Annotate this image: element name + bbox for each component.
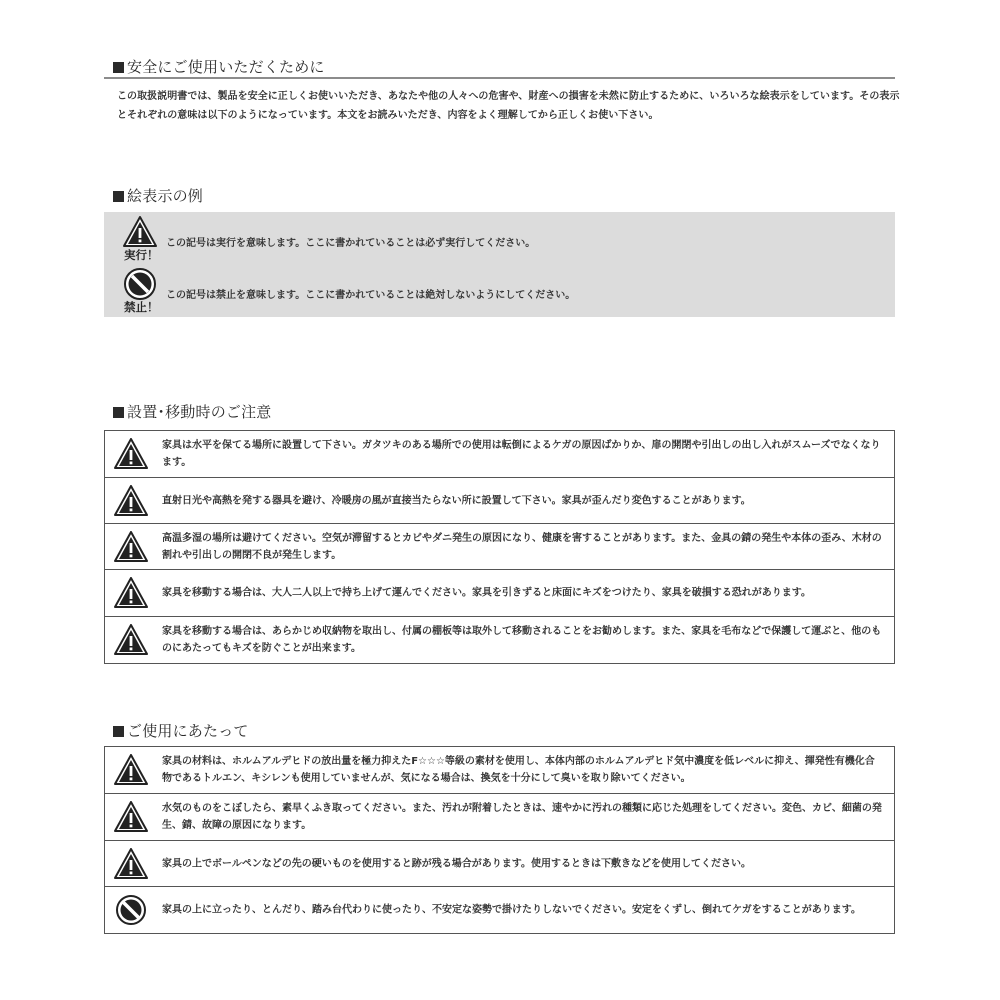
- installation-caution-table: 家具は水平を保てる場所に設置して下さい。ガタツキのある場所での使用は転倒によるケ…: [104, 430, 895, 664]
- warning-triangle-icon: [113, 848, 149, 880]
- section-title-examples: 絵表示の例: [113, 185, 203, 206]
- warning-triangle-icon: [122, 215, 158, 249]
- caution-text: 高温多湿の場所は避けてください。空気が滞留するとカビやダニ発生の原因になり、健康…: [162, 530, 884, 564]
- caution-text: 家具を移動する場合は、大人二人以上で持ち上げて運んでください。家具を引きずると床…: [162, 585, 884, 602]
- caution-row: 直射日光や高熱を発する器具を避け、冷暖房の風が直接当たらない所に設置して下さい。…: [105, 478, 894, 524]
- mandatory-description: この記号は実行を意味します。ここに書かれていることは必ず実行してください。: [166, 234, 535, 249]
- intro-paragraph: この取扱説明書では、製品を安全に正しくお使いいただき、あなたや他の人々への危害や…: [117, 87, 902, 125]
- section-title-text: 安全にご使用いただくために: [127, 58, 325, 76]
- caution-row: 水気のものをこぼしたら、素早くふき取ってください。また、汚れが附着したときは、速…: [105, 794, 894, 841]
- caution-text: 家具の上に立ったり、とんだり、踏み台代わりに使ったり、不安定な姿勢で掛けたりしな…: [162, 902, 884, 919]
- caution-text: 水気のものをこぼしたら、素早くふき取ってください。また、汚れが附着したときは、速…: [162, 800, 884, 834]
- section-title-text: ご使用にあたって: [127, 722, 249, 740]
- section-title-installation: 設置･移動時のご注意: [113, 401, 272, 422]
- caution-row: 家具を移動する場合は、大人二人以上で持ち上げて運んでください。家具を引きずると床…: [105, 570, 894, 617]
- section-title-safety: 安全にご使用いただくために: [113, 56, 325, 77]
- prohibited-icon: [113, 894, 149, 926]
- caution-row: 高温多湿の場所は避けてください。空気が滞留するとカビやダニ発生の原因になり、健康…: [105, 524, 894, 570]
- caution-text: 家具は水平を保てる場所に設置して下さい。ガタツキのある場所での使用は転倒によるケ…: [162, 437, 884, 471]
- section-title-text: 設置･移動時のご注意: [127, 403, 272, 421]
- warning-triangle-icon: [113, 624, 149, 656]
- square-bullet-icon: [113, 407, 124, 418]
- section-title-usage: ご使用にあたって: [113, 720, 249, 741]
- warning-triangle-icon: [113, 438, 149, 470]
- warning-triangle-icon: [113, 577, 149, 609]
- square-bullet-icon: [113, 191, 124, 202]
- caution-text: 直射日光や高熱を発する器具を避け、冷暖房の風が直接当たらない所に設置して下さい。…: [162, 492, 884, 509]
- mandatory-label: 実行！: [124, 247, 159, 263]
- caution-row: 家具の材料は、ホルムアルデヒドの放出量を極力抑えたF☆☆☆等級の素材を使用し、本…: [105, 747, 894, 794]
- caution-row: 家具を移動する場合は、あらかじめ収納物を取出し、付属の棚板等は取外して移動される…: [105, 617, 894, 664]
- caution-row: 家具の上に立ったり、とんだり、踏み台代わりに使ったり、不安定な姿勢で掛けたりしな…: [105, 887, 894, 934]
- caution-row: 家具は水平を保てる場所に設置して下さい。ガタツキのある場所での使用は転倒によるケ…: [105, 431, 894, 478]
- prohibited-description: この記号は禁止を意味します。ここに書かれていることは絶対しないようにしてください…: [166, 286, 575, 301]
- prohibited-icon: [122, 267, 158, 301]
- square-bullet-icon: [113, 62, 124, 73]
- caution-text: 家具を移動する場合は、あらかじめ収納物を取出し、付属の棚板等は取外して移動される…: [162, 623, 884, 657]
- usage-caution-table: 家具の材料は、ホルムアルデヒドの放出量を極力抑えたF☆☆☆等級の素材を使用し、本…: [104, 746, 895, 934]
- prohibited-label: 禁止！: [124, 299, 159, 315]
- section-title-text: 絵表示の例: [127, 187, 203, 205]
- caution-text: 家具の上でボールペンなどの先の硬いものを使用すると跡が残る場合があります。使用す…: [162, 855, 884, 872]
- warning-triangle-icon: [113, 485, 149, 517]
- warning-triangle-icon: [113, 531, 149, 563]
- warning-triangle-icon: [113, 801, 149, 833]
- warning-triangle-icon: [113, 754, 149, 786]
- symbol-examples-box: 実行！ この記号は実行を意味します。ここに書かれていることは必ず実行してください…: [104, 212, 895, 317]
- caution-row: 家具の上でボールペンなどの先の硬いものを使用すると跡が残る場合があります。使用す…: [105, 841, 894, 887]
- square-bullet-icon: [113, 726, 124, 737]
- divider: [104, 77, 895, 79]
- caution-text: 家具の材料は、ホルムアルデヒドの放出量を極力抑えたF☆☆☆等級の素材を使用し、本…: [162, 753, 884, 787]
